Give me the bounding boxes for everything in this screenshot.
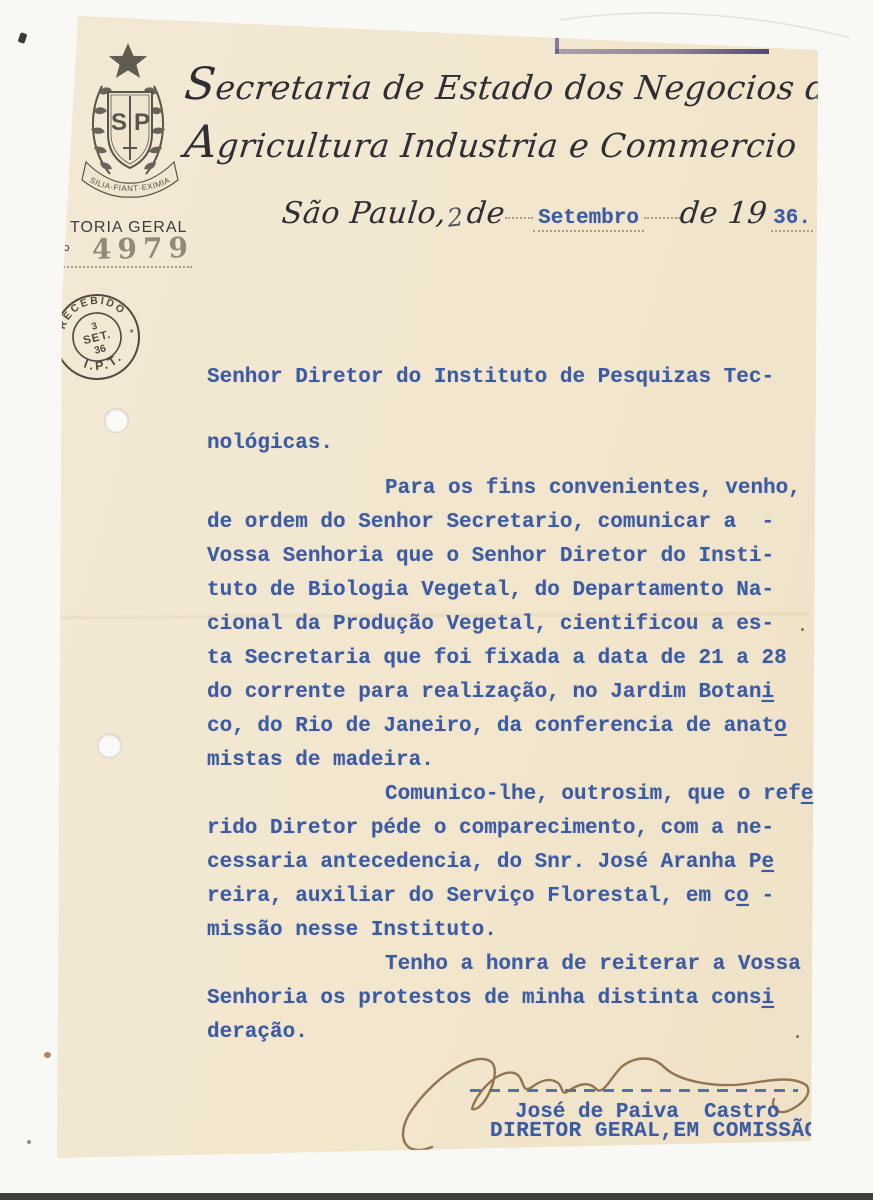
star-icon [109,43,147,78]
stain-speck [44,1052,51,1058]
date-year: 36. [771,207,813,232]
addressee-line2: nológicas. [207,433,774,455]
number-dotted-line [60,264,192,268]
emblem-letter-s: S [111,109,127,136]
date-city: São Paulo, [280,196,448,231]
date-de1: de [465,196,507,231]
body-line: mistas de madeira. [207,744,807,778]
body-line: cional da Produção Vegetal, cientificou … [207,608,807,642]
body-line: tuto de Biologia Vegetal, do Departament… [207,574,807,608]
body-line: Vossa Senhoria que o Senhor Diretor do I… [207,540,807,574]
body-line: do corrente para realização, no Jardim B… [207,676,807,710]
scanner-edge-strip [0,1193,873,1200]
body-line: Comunico-lhe, outrosim, que o refe [207,778,807,812]
leader-dots [505,216,533,219]
body-line: ta Secretaria que foi fixada a data de 2… [207,642,807,676]
stamp-separator: * [129,327,137,340]
letterhead-line1: Secretaria de Estado dos Negocios da [182,58,807,110]
body-line: Senhoria os protestos de minha distinta … [207,982,807,1016]
stain-speck [801,628,804,631]
body-line: Para os fins convenientes, venho, [207,472,807,506]
body-line: Tenho a honra de reiterar a Vossa [207,948,807,982]
hole-punch [104,408,129,433]
body-line: rido Diretor péde o comparecimento, com … [207,812,807,846]
body-line: reira, auxiliar do Serviço Florestal, em… [207,880,807,914]
date-day-handwritten: 2 [446,202,465,233]
hole-punch [97,733,122,758]
body-line: de ordem do Senhor Secretario, comunicar… [207,506,807,540]
letter-paper: S P SILIA·FIANT·EXIMIA TORIA GERAL Nº 49… [0,0,873,1200]
stain-speck [27,1140,31,1144]
signer-title: DIRETOR GERAL,EM COMISSÃO [490,1120,818,1143]
body-line: co, do Rio de Janeiro, da conferencia de… [207,710,807,744]
sao-paulo-coat-of-arms: S P SILIA·FIANT·EXIMIA [62,34,194,202]
date-month: Setembro [533,207,644,232]
scanned-document: S P SILIA·FIANT·EXIMIA TORIA GERAL Nº 49… [0,0,873,1200]
body-line: cessaria antecedencia, do Snr. José Aran… [207,846,807,880]
doc-number: 4979 [92,231,194,266]
received-stamp: RECEBIDO I.P.T. 3 SET. 36 * [36,274,158,399]
stain-speck [796,1035,799,1038]
date-line: São Paulo, 2 de Setembro de 19 36. [282,196,813,232]
doc-number-label: Nº [52,243,69,261]
body-text: Para os fins convenientes, venho,de orde… [207,472,807,1050]
stamp-year: 36 [93,342,107,357]
date-de2: de 19 [678,196,769,231]
body-line: missão nesse Instituto. [207,914,807,948]
leader-dots [644,216,680,219]
emblem-letter-p: P [134,109,150,136]
letterhead-line2: Agricultura Industria e Commercio [182,116,792,168]
addressee-line1: Senhor Diretor do Instituto de Pesquizas… [207,367,774,389]
